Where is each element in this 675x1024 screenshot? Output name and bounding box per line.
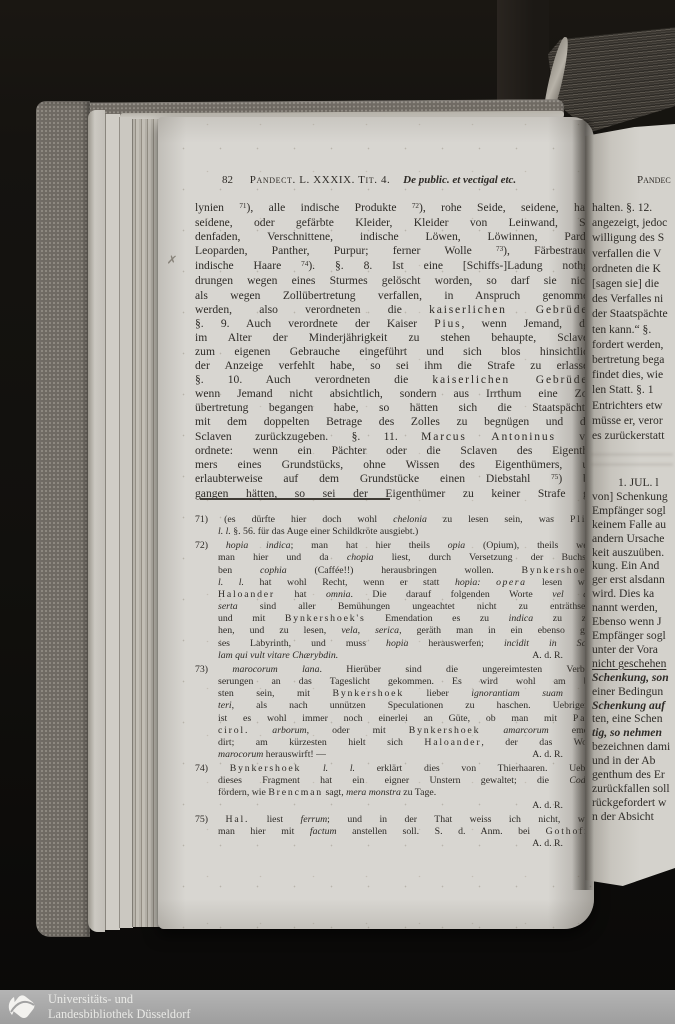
text-line: [sagen sie] die [592,276,668,291]
text-line: kung. Ein And [592,559,670,573]
text-line: A. d. R. [195,800,593,812]
text-line: ten kann.“ §. [592,322,668,337]
text-line: andern Ursache [592,532,670,546]
text-line: fordert werden, [592,337,668,352]
text-line: als wegen Zollübertretung verfallen, in … [195,289,594,303]
library-name-line1: Universitäts- und [48,992,190,1007]
text-line: marocorum herauswirft! —A. d. R. [195,749,593,761]
text-line: im Alter der Minderjährigkeit zu stehen … [195,331,594,345]
text-line: ordnete: wenn ein Pächter oder die Sclav… [195,444,594,458]
fanned-page-edge [119,117,133,928]
left-page: 82 Pandect. L. XXXIX. Tit. 4. De public.… [158,117,594,929]
text-line: bertretung bega [592,352,668,367]
ulb-duesseldorf-logo [5,992,39,1022]
text-line: Schenkung auf [592,699,670,713]
text-line: zum eigenen Gebrauche eingeführt und sic… [195,345,594,359]
text-line: und mit Bynkershoek's Emendation es zu i… [195,613,593,625]
text-line: willigung des S [592,230,668,245]
text-line: findet dies, wie [592,367,668,382]
text-line: es zurückerstatt [592,428,668,443]
deckle-page-edges [132,119,160,927]
right-text-block-1: halten. §. 12.angezeigt, jedocwilligung … [592,200,668,443]
text-line: dieses Fragment hat ein eigner Unstern g… [195,775,593,787]
right-running-header: Pandec [637,174,671,186]
footnotes-block: 71) (es dürfte hier doch wohl chelonia z… [195,512,593,850]
text-line: zurückfallen soll [592,782,670,796]
library-watermark-banner: Universitäts- und Landesbibliothek Düsse… [0,990,675,1024]
text-line: übertretung begangen habe, so hätten sic… [195,401,594,415]
footnote-separator-rule [200,498,390,500]
right-text-block-2: 1. JUL. lvon] SchenkungEmpfänger soglkei… [592,476,670,824]
text-line: teri, als nach unnützen Speculationen zu… [195,700,593,712]
text-line: nicht geschehen [592,657,670,671]
header-title: Pandect. L. XXXIX. Tit. 4. [250,174,391,186]
text-line: §. 9. Auch verordnete der Kaiser Pius, w… [195,317,594,331]
text-line: tig, so nehmen [592,726,670,740]
text-line: ger erst alsdann [592,573,670,587]
text-line: Schenkung, son [592,671,670,685]
text-line: indische Haare 74). §. 8. Ist eine [Schi… [195,259,594,274]
text-line: hen, und zu lesen, vela, serica, geräth … [195,625,593,637]
text-line: 73) marocorum lana. Hierüber sind die un… [195,664,593,676]
text-line: sten sein, mit Bynkershoek lieber ignora… [195,688,593,700]
text-line: rückgefordert w [592,796,670,810]
text-line: Haloander hat omnia. Die darauf folgende… [195,589,593,601]
text-line: ist es wohl immer noch einerlei an Güte,… [195,713,593,725]
text-line: Empfänger sogl [592,629,670,643]
book-cover-left-edge [36,101,90,937]
text-line: keinem Falle au [592,518,670,532]
text-line: ben cophia (Caffée!!) herausbringen woll… [195,565,593,577]
text-line: genthum des Er [592,768,670,782]
text-line: bezeichnen dami [592,740,670,754]
text-line: angezeigt, jedoc [592,215,668,230]
text-line: n der Absicht [592,810,670,824]
text-line: lynien 71), alle indische Produkte 72), … [195,201,594,216]
text-line: verfallen die V [592,246,668,261]
text-line: ten, eine Schen [592,712,670,726]
text-line: man hier mit factum anstellen soll. S. d… [195,826,593,838]
text-line: nannt werden, [592,601,670,615]
text-line: Empfänger sogl [592,504,670,518]
text-line: erlaubterweise auf dem Grundstücke einen… [195,472,594,487]
text-line: drungen wegen eines Sturmes gelöscht wor… [195,274,594,288]
text-line: 1. JUL. l [592,476,670,490]
text-line: werden, also verordneten die kaiserliche… [195,303,594,317]
text-line: Entrichters etw [592,398,668,413]
text-line: fördern, wie Brencman sagt, mera monstra… [195,787,593,799]
text-line: lam qui vult vitare Chærybdin.A. d. R. [195,650,593,662]
text-line: Sclaven zurückzugeben. §. 11. Marcus Ant… [195,430,594,444]
text-line: ses Labyrinth, und muss hopia herauswerf… [195,638,593,650]
text-line: mit dem doppelten Betrage des Zolles zu … [195,415,594,429]
pencil-x-mark: ✗ [166,252,178,267]
book-photo-scene: 82 Pandect. L. XXXIX. Tit. 4. De public.… [0,0,675,1024]
text-line: man hier und da chopia liest, durch Vers… [195,552,593,564]
text-line: seidene, oder gefärbte Kleider, Kleider … [195,216,594,230]
text-line: cirol. arborum, oder mit Bynkershoek ama… [195,725,593,737]
fanned-page-edge [105,114,120,930]
text-line: A. d. R. [195,838,593,850]
text-line: §. 10. Auch verordneten die kaiserlichen… [195,373,594,387]
text-line: dirt; am kürzesten hielt sich Haloander,… [195,737,593,749]
text-line: len Statt. §. 1 [592,382,668,397]
show-through-smudge [591,446,673,466]
text-line: serta sind aller Bemühungen ungeachtet n… [195,601,593,613]
right-page: Pandec halten. §. 12.angezeigt, jedocwil… [585,124,675,886]
library-name: Universitäts- und Landesbibliothek Düsse… [48,992,190,1022]
text-line: halten. §. 12. [592,200,668,215]
text-line: keit auszuüben. [592,546,670,560]
text-line: Leoparden, Panther, Purpur; ferner Wolle… [195,244,594,259]
text-line: 75) Hal. liest ferrum; und in der That w… [195,814,593,826]
fanned-page-edge [88,110,105,932]
text-line: unter der Vora [592,643,670,657]
text-line: müsse er, veror [592,413,668,428]
main-text-block: lynien 71), alle indische Produkte 72), … [195,201,594,501]
text-line: 71) (es dürfte hier doch wohl chelonia z… [195,514,593,526]
text-line: wenn Jemand nicht absichtlich, sondern a… [195,387,594,401]
text-line: des Verfalles ni [592,291,668,306]
text-line: wird. Dies ka [592,587,670,601]
text-line: Ebenso wenn J [592,615,670,629]
text-line: und in der Ab [592,754,670,768]
text-line: ordneten die K [592,261,668,276]
text-line: l. l. hat wohl Recht, wenn er statt hopi… [195,577,593,589]
text-line: 74) Bynkershoek l. l. erklärt dies von T… [195,763,593,775]
running-header: 82 Pandect. L. XXXIX. Tit. 4. De public.… [222,174,570,186]
text-line: denfaden, Verschnittene, indische Löwen,… [195,230,594,244]
text-line: einer Bedingun [592,685,670,699]
text-line: der Staatspächte [592,306,668,321]
text-line: von] Schenkung [592,490,670,504]
text-line: mers eines Grundstücks, ohne Wissen des … [195,458,594,472]
text-line: 72) hopia indica; man hat hier theils op… [195,540,593,552]
text-line: l. l. §. 56. für das Auge einer Schildkr… [195,526,593,538]
text-line: serungen an das Tageslicht gekommen. Es … [195,676,593,688]
text-line: der Anzeige verfehlt habe, so sei ihm di… [195,359,594,373]
header-subtitle: De public. et vectigal etc. [403,174,516,186]
page-number: 82 [222,174,233,186]
library-name-line2: Landesbibliothek Düsseldorf [48,1007,190,1022]
